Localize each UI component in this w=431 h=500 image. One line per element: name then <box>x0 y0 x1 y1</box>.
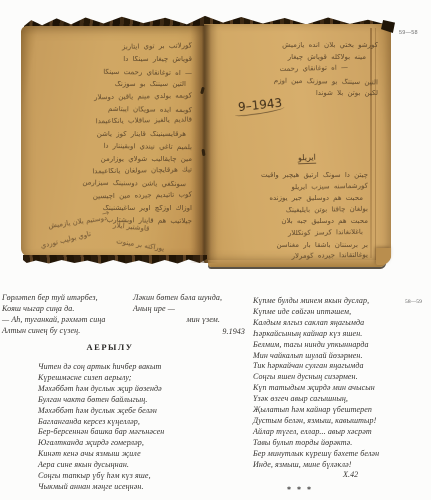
right-page-handwriting-top: كورشو بختي بلان انده يازميشمينه بولاكله … <box>220 42 378 102</box>
handwriting-line: سونگغي ياشن دوسنينگ سيزارمن <box>40 179 186 188</box>
poem-line: Булган чакта бөтен байлыгың. <box>38 395 164 406</box>
handwriting-line: كوب تاتيديم جيرده مين اچيسين <box>32 191 192 201</box>
previous-poem-right-stanza: Ләкин бөтен бәла шунда, Аның ире — мин ү… <box>133 292 245 337</box>
handwriting-line: كوبمه ايده سويگان ايبتاشم <box>40 105 192 114</box>
poem-line: Күрешмәсне сизеп аерылу; <box>38 373 164 384</box>
manuscript-pages-reference: 58—59 <box>405 297 422 308</box>
facsimile-page-numbers: 59—58 <box>399 30 418 36</box>
handwriting-line: باغلانغاندا كرسز كونگللار <box>228 229 363 238</box>
previous-poem-left-stanza: Гөрләтеп бер туй итәрбез,Кояш чыгар сиңа… <box>2 292 106 336</box>
poem-date: 9.1943 <box>133 326 245 337</box>
poem-line: Соңгы тапкыр үбү һәм күз яше, <box>38 471 164 482</box>
poem-line: Үзәк өзгеч авыр сагышның, <box>253 394 379 405</box>
poem-line: Күпме булды минем якын дуслар, <box>253 296 379 307</box>
poem-line: Аера сине якын дусыңнан. <box>38 460 164 471</box>
handwriting-line: بر برسننان باشقا بار مغناسن <box>228 242 368 249</box>
handwriting-line: چيتن دا سونگ ارتيق هيچبر واقيت <box>228 172 368 179</box>
handwriting-line: محبت هم دوسليق جبه بلان <box>228 218 368 225</box>
poem-line: Багланганда керсез күңелләр, <box>38 417 164 428</box>
poem-line: Тик һәркайчан сулган яңагымда <box>253 361 379 372</box>
worn-bottom-edge <box>23 255 207 265</box>
poem-line: Мәхәббәт һәм дуслык җир йөзендә <box>38 384 164 395</box>
poem-line: Бер минутлык күрешү бәхете белән <box>253 449 379 460</box>
handwriting-line: — اه توغانقاي رحمت <box>220 64 348 74</box>
handwriting-line: اوزاك اوزگچ اوير ساغيشنينگ <box>32 205 192 212</box>
poem-line: Һәркайсының кайнар күз яшен. <box>253 329 379 340</box>
poem-line: Чыкмый аннан мәңге исеңнән. <box>38 482 164 493</box>
handwriting-line: هرقايسينينگ قاينار كوز ياشن <box>32 131 186 138</box>
poem-line: — Аһ, туганкай, рәхмәт сиңа <box>2 314 106 325</box>
poem-line: мин үзем. <box>133 314 245 325</box>
poem-line: Читен дә соң артык һичбер вакыт <box>38 362 164 373</box>
handwriting-line: — اه توغانقاي رحمت سينگا <box>40 68 192 77</box>
poem-line: Инде, язмыш, мине бүләклә! <box>253 460 379 471</box>
poem-line: Дустым белән, язмыш, кавыштыр! <box>253 416 379 427</box>
handwriting-line: كورشو بختي بلان انده يازميش <box>220 42 378 49</box>
poem-column-right: Күпме булды минем якын дуслар,Күпме иде … <box>253 296 379 471</box>
poem-line: Калдым ялгыз саклап яңагымда <box>253 318 379 329</box>
poem-line: Аның ире — <box>133 303 245 314</box>
handwriting-line: يوغالتقاندا جيرده گومرلار <box>228 252 368 261</box>
corner-fold <box>376 248 391 265</box>
handwriting-line: التين سيننگ بو سوزنگ مين اوزم <box>220 77 378 87</box>
poem-signature: Х.42 <box>343 470 358 481</box>
poem-line: Алтын синең бу сүзең. <box>2 325 106 336</box>
poem-line: Мәхәббәт һәм дуслык җебе белән <box>38 406 164 417</box>
handwriting-line: كوبمه بولدي مينم ياقين دوسلار <box>32 92 192 102</box>
poem-line: Кинәт кенә ачы язмыш җиле <box>38 449 164 460</box>
poem-line: Айлар түгел, еллар... авыр хәсрәт <box>253 427 379 438</box>
handwriting-line: بولغان چاقتا بوتن بايليغينگ <box>228 206 368 215</box>
handwritten-title: ايريلو <box>298 153 316 165</box>
poem-title: АЕРЫЛУ <box>20 342 200 352</box>
right-page-handwriting-poem: چيتن دا سونگ ارتيق هيچبر واقيتكورشماسنه … <box>228 172 368 265</box>
poem-line: Күпме иде сөйгән иптәшем, <box>253 307 379 318</box>
poem-line: Белмим, тагы нинди упкыннарда <box>253 340 379 351</box>
handwriting-line: كورشماسنه سيزب ايريلو <box>228 182 368 191</box>
handwriting-line: محبت هم دوسليق جير يوزنده <box>228 195 363 202</box>
poem-line: Гөрләтеп бер туй итәрбез, <box>2 292 106 303</box>
poem-line: Күп татыдым җирдә мин ачысын <box>253 383 379 394</box>
poem-line: Югалтканда җирдә гомерләр, <box>38 438 164 449</box>
handwriting-line: التين سيننگ بو سوزنگ <box>32 81 186 88</box>
handwriting-line: قالديم يالغيز ساقلاب يانگاعيمدا <box>32 117 192 127</box>
handwriting-line: لكين بوتن بلا شوندا <box>220 90 378 97</box>
handwriting-line: مين چايقاليب شولاي يوزارمن <box>32 156 192 163</box>
book-page: گورلاتب بر توي ايتاربزقوياش چيغار سينگا … <box>0 0 431 500</box>
poem-line: Мин чайкалып шулай йөзәрмен. <box>253 351 379 362</box>
handwriting-line: مينه بولاكله قوياش چيغار <box>220 54 366 61</box>
handwriting-line: قوياش چيغار سينگا دا <box>32 56 192 63</box>
manuscript-photo: گورلاتب بر توي ايتاربزقوياش چيغار سينگا … <box>18 14 393 272</box>
handwriting-line: تيك هرقايچان سولغان يانگاعيمدا <box>32 166 192 176</box>
handwriting-line: گورلاتب بر توي ايتاربز <box>32 42 192 52</box>
poem-line: Тавы булып торды йөрәктә. <box>253 438 379 449</box>
handwriting-line: بلميم تاغي نيندي اوبقيننار دا <box>40 142 192 151</box>
poem-column-left: Читен дә соң артык һичбер вакытКүрешмәсн… <box>38 362 164 493</box>
poem-line: Кояш чыгар сиңа да. <box>2 303 106 314</box>
poem-line: Бер-берсеннән башка бар мәгънәсен <box>38 427 164 438</box>
section-divider-stars: * * * <box>287 485 313 496</box>
poem-line: Соңгы яшен дусның сизәрмен. <box>253 372 379 383</box>
left-page-handwriting: گورلاتب بر توي ايتاربزقوياش چيغار سينگا … <box>32 44 192 230</box>
poem-line: Җылатып һәм кайнар үбештереп <box>253 405 379 416</box>
poem-line: Ләкин бөтен бәла шунда, <box>133 292 245 303</box>
